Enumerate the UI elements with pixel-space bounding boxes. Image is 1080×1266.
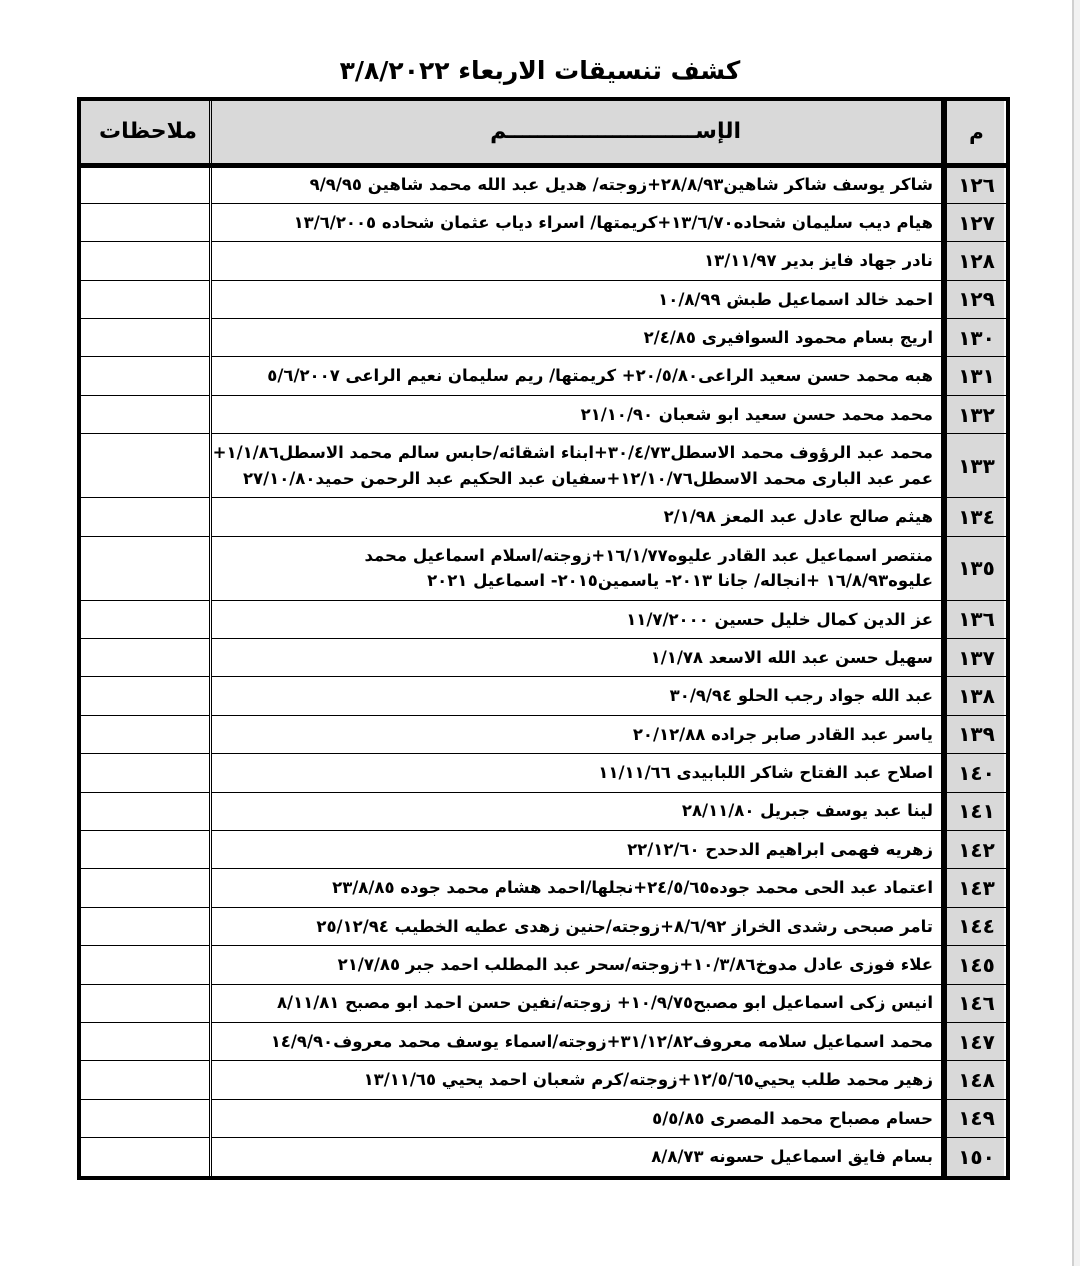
row-name: محمد عبد الرؤوف محمد الاسطل٣٠/٤/٧٣+ابناء… [210, 434, 944, 498]
table-row: ١٣٦عز الدين كمال خليل حسين ١١/٧/٢٠٠٠ [81, 600, 1006, 638]
table-row: ١٢٨نادر جهاد فايز بدير ١٣/١١/٩٧ [81, 242, 1006, 280]
coordination-table: م الإســـــــــــــــــــــــــم ملاحظات… [77, 97, 1010, 1180]
row-notes [81, 280, 210, 318]
name-line: محمد عبد الرؤوف محمد الاسطل٣٠/٤/٧٣+ابناء… [212, 440, 934, 466]
row-notes [81, 984, 210, 1022]
row-notes [81, 1022, 210, 1060]
name-line: سهيل حسن عبد الله الاسعد ١/١/٧٨ [212, 645, 934, 671]
row-notes [81, 907, 210, 945]
row-number: ١٤٥ [944, 946, 1006, 984]
row-notes [81, 830, 210, 868]
row-name: هبه محمد حسن سعيد الراعى٢٠/٥/٨٠+ كريمتها… [210, 357, 944, 395]
row-number: ١٣٦ [944, 600, 1006, 638]
row-number: ١٤٦ [944, 984, 1006, 1022]
table-row: ١٤١لينا عبد يوسف جبريل ٢٨/١١/٨٠ [81, 792, 1006, 830]
row-number: ١٤٧ [944, 1022, 1006, 1060]
row-notes [81, 754, 210, 792]
name-line: هيثم صالح عادل عبد المعز ٢/١/٩٨ [212, 504, 934, 530]
row-number: ١٣٥ [944, 536, 1006, 600]
row-number: ١٢٦ [944, 165, 1006, 203]
row-number: ١٤٩ [944, 1099, 1006, 1137]
header-number: م [944, 101, 1006, 165]
row-name: انيس زكى اسماعيل ابو مصبح١٠/٩/٧٥+ زوجته/… [210, 984, 944, 1022]
row-number: ١٢٩ [944, 280, 1006, 318]
row-name: نادر جهاد فايز بدير ١٣/١١/٩٧ [210, 242, 944, 280]
row-name: تامر صبحى رشدى الخراز ٨/٦/٩٢+زوجته/حنين … [210, 907, 944, 945]
row-name: هيثم صالح عادل عبد المعز ٢/١/٩٨ [210, 498, 944, 536]
row-number: ١٤٣ [944, 869, 1006, 907]
table-row: ١٣٣محمد عبد الرؤوف محمد الاسطل٣٠/٤/٧٣+اب… [81, 434, 1006, 498]
name-line: عليوه١٦/٨/٩٣ +انجاله/ جانا ٢٠١٣- ياسمين٢… [212, 568, 934, 594]
name-line: عبد الله جواد رجب الحلو ٣٠/٩/٩٤ [212, 683, 934, 709]
row-notes [81, 536, 210, 600]
name-line: تامر صبحى رشدى الخراز ٨/٦/٩٢+زوجته/حنين … [212, 914, 934, 940]
row-number: ١٣٢ [944, 395, 1006, 433]
row-notes [81, 715, 210, 753]
row-name: هيام ديب سليمان شحاده١٣/٦/٧٠+كريمتها/ اس… [210, 203, 944, 241]
row-notes [81, 319, 210, 357]
row-notes [81, 792, 210, 830]
name-line: عز الدين كمال خليل حسين ١١/٧/٢٠٠٠ [212, 607, 934, 633]
row-number: ١٢٨ [944, 242, 1006, 280]
row-number: ١٣٤ [944, 498, 1006, 536]
row-name: اصلاح عبد الفتاح شاكر اللبابيدى ١١/١١/٦٦ [210, 754, 944, 792]
row-number: ١٤٤ [944, 907, 1006, 945]
row-notes [81, 357, 210, 395]
name-line: اريج بسام محمود السوافيرى ٢/٤/٨٥ [212, 325, 934, 351]
name-line: محمد اسماعيل سلامه معروف٣١/١٢/٨٢+زوجته/ا… [212, 1029, 934, 1055]
table-row: ١٣٩ياسر عبد القادر صابر جراده ٢٠/١٢/٨٨ [81, 715, 1006, 753]
table-row: ١٢٧هيام ديب سليمان شحاده١٣/٦/٧٠+كريمتها/… [81, 203, 1006, 241]
name-line: زهريه فهمى ابراهيم الدحدح ٢٢/١٢/٦٠ [212, 837, 934, 863]
row-number: ١٤١ [944, 792, 1006, 830]
row-number: ١٤٠ [944, 754, 1006, 792]
row-name: لينا عبد يوسف جبريل ٢٨/١١/٨٠ [210, 792, 944, 830]
row-notes [81, 165, 210, 203]
table-row: ١٤٨زهير محمد طلب يحيي١٢/٥/٦٥+زوجته/كرم ش… [81, 1061, 1006, 1099]
row-name: اعتماد عبد الحى محمد جوده٢٤/٥/٦٥+نجلها/ا… [210, 869, 944, 907]
row-notes [81, 395, 210, 433]
row-name: زهريه فهمى ابراهيم الدحدح ٢٢/١٢/٦٠ [210, 830, 944, 868]
table-row: ١٢٩احمد خالد اسماعيل طبش ١٠/٨/٩٩ [81, 280, 1006, 318]
table-row: ١٤٤تامر صبحى رشدى الخراز ٨/٦/٩٢+زوجته/حن… [81, 907, 1006, 945]
row-notes [81, 677, 210, 715]
page-edge [1072, 0, 1080, 1266]
table-row: ١٣٥منتصر اسماعيل عبد القادر عليوه١٦/١/٧٧… [81, 536, 1006, 600]
document-title: كشف تنسيقات الاربعاء ٣/٨/٢٠٢٢ [0, 56, 1080, 85]
name-line: زهير محمد طلب يحيي١٢/٥/٦٥+زوجته/كرم شعبا… [212, 1067, 934, 1093]
table-row: ١٤٠اصلاح عبد الفتاح شاكر اللبابيدى ١١/١١… [81, 754, 1006, 792]
name-line: حسام مصباح محمد المصرى ٥/٥/٨٥ [212, 1106, 934, 1132]
name-line: محمد محمد حسن سعيد ابو شعبان ٢١/١٠/٩٠ [212, 402, 934, 428]
row-number: ١٢٧ [944, 203, 1006, 241]
row-notes [81, 1138, 210, 1176]
row-name: محمد محمد حسن سعيد ابو شعبان ٢١/١٠/٩٠ [210, 395, 944, 433]
table-row: ١٣٨عبد الله جواد رجب الحلو ٣٠/٩/٩٤ [81, 677, 1006, 715]
row-number: ١٣٨ [944, 677, 1006, 715]
row-notes [81, 600, 210, 638]
table-row: ١٥٠بسام فايق اسماعيل حسونه ٨/٨/٧٣ [81, 1138, 1006, 1176]
row-notes [81, 498, 210, 536]
row-notes [81, 203, 210, 241]
row-name: ياسر عبد القادر صابر جراده ٢٠/١٢/٨٨ [210, 715, 944, 753]
name-line: هيام ديب سليمان شحاده١٣/٦/٧٠+كريمتها/ اس… [212, 210, 934, 236]
name-line: منتصر اسماعيل عبد القادر عليوه١٦/١/٧٧+زو… [212, 543, 934, 569]
table-row: ١٣٤هيثم صالح عادل عبد المعز ٢/١/٩٨ [81, 498, 1006, 536]
row-name: محمد اسماعيل سلامه معروف٣١/١٢/٨٢+زوجته/ا… [210, 1022, 944, 1060]
row-notes [81, 434, 210, 498]
table-row: ١٤٣اعتماد عبد الحى محمد جوده٢٤/٥/٦٥+نجله… [81, 869, 1006, 907]
name-line: لينا عبد يوسف جبريل ٢٨/١١/٨٠ [212, 798, 934, 824]
table-header-row: م الإســـــــــــــــــــــــــم ملاحظات [81, 101, 1006, 165]
table-row: ١٣٠اريج بسام محمود السوافيرى ٢/٤/٨٥ [81, 319, 1006, 357]
row-notes [81, 639, 210, 677]
name-line: انيس زكى اسماعيل ابو مصبح١٠/٩/٧٥+ زوجته/… [212, 990, 934, 1016]
table-row: ١٣٧سهيل حسن عبد الله الاسعد ١/١/٧٨ [81, 639, 1006, 677]
row-name: بسام فايق اسماعيل حسونه ٨/٨/٧٣ [210, 1138, 944, 1176]
row-number: ١٥٠ [944, 1138, 1006, 1176]
name-line: ياسر عبد القادر صابر جراده ٢٠/١٢/٨٨ [212, 722, 934, 748]
row-notes [81, 869, 210, 907]
row-name: علاء فوزى عادل مدوخ١٠/٣/٨٦+زوجته/سحر عبد… [210, 946, 944, 984]
row-name: سهيل حسن عبد الله الاسعد ١/١/٧٨ [210, 639, 944, 677]
row-number: ١٤٨ [944, 1061, 1006, 1099]
row-number: ١٣١ [944, 357, 1006, 395]
row-number: ١٣٣ [944, 434, 1006, 498]
row-notes [81, 1099, 210, 1137]
row-name: عز الدين كمال خليل حسين ١١/٧/٢٠٠٠ [210, 600, 944, 638]
table-row: ١٤٩حسام مصباح محمد المصرى ٥/٥/٨٥ [81, 1099, 1006, 1137]
name-line: نادر جهاد فايز بدير ١٣/١١/٩٧ [212, 248, 934, 274]
header-name: الإســـــــــــــــــــــــــم [210, 101, 944, 165]
table-row: ١٤٧محمد اسماعيل سلامه معروف٣١/١٢/٨٢+زوجت… [81, 1022, 1006, 1060]
name-line: اعتماد عبد الحى محمد جوده٢٤/٥/٦٥+نجلها/ا… [212, 875, 934, 901]
name-line: علاء فوزى عادل مدوخ١٠/٣/٨٦+زوجته/سحر عبد… [212, 952, 934, 978]
name-line: هبه محمد حسن سعيد الراعى٢٠/٥/٨٠+ كريمتها… [212, 363, 934, 389]
row-number: ١٣٠ [944, 319, 1006, 357]
table-row: ١٤٥علاء فوزى عادل مدوخ١٠/٣/٨٦+زوجته/سحر … [81, 946, 1006, 984]
row-notes [81, 1061, 210, 1099]
row-name: شاكر يوسف شاكر شاهين٢٨/٨/٩٣+زوجته/ هديل … [210, 165, 944, 203]
row-name: عبد الله جواد رجب الحلو ٣٠/٩/٩٤ [210, 677, 944, 715]
name-line: احمد خالد اسماعيل طبش ١٠/٨/٩٩ [212, 287, 934, 313]
row-number: ١٣٧ [944, 639, 1006, 677]
table-row: ١٣٢محمد محمد حسن سعيد ابو شعبان ٢١/١٠/٩٠ [81, 395, 1006, 433]
row-name: احمد خالد اسماعيل طبش ١٠/٨/٩٩ [210, 280, 944, 318]
row-name: اريج بسام محمود السوافيرى ٢/٤/٨٥ [210, 319, 944, 357]
name-line: بسام فايق اسماعيل حسونه ٨/٨/٧٣ [212, 1144, 934, 1170]
name-line: شاكر يوسف شاكر شاهين٢٨/٨/٩٣+زوجته/ هديل … [212, 172, 934, 198]
name-line: اصلاح عبد الفتاح شاكر اللبابيدى ١١/١١/٦٦ [212, 760, 934, 786]
table-row: ١٢٦شاكر يوسف شاكر شاهين٢٨/٨/٩٣+زوجته/ هد… [81, 165, 1006, 203]
table-row: ١٤٦انيس زكى اسماعيل ابو مصبح١٠/٩/٧٥+ زوج… [81, 984, 1006, 1022]
row-name: منتصر اسماعيل عبد القادر عليوه١٦/١/٧٧+زو… [210, 536, 944, 600]
row-name: حسام مصباح محمد المصرى ٥/٥/٨٥ [210, 1099, 944, 1137]
name-line: عمر عبد البارى محمد الاسطل١٢/١٠/٧٦+سفيان… [212, 466, 934, 492]
row-number: ١٤٢ [944, 830, 1006, 868]
table-row: ١٣١هبه محمد حسن سعيد الراعى٢٠/٥/٨٠+ كريم… [81, 357, 1006, 395]
table-row: ١٤٢زهريه فهمى ابراهيم الدحدح ٢٢/١٢/٦٠ [81, 830, 1006, 868]
header-notes: ملاحظات [81, 101, 210, 165]
row-number: ١٣٩ [944, 715, 1006, 753]
row-notes [81, 242, 210, 280]
row-notes [81, 946, 210, 984]
row-name: زهير محمد طلب يحيي١٢/٥/٦٥+زوجته/كرم شعبا… [210, 1061, 944, 1099]
